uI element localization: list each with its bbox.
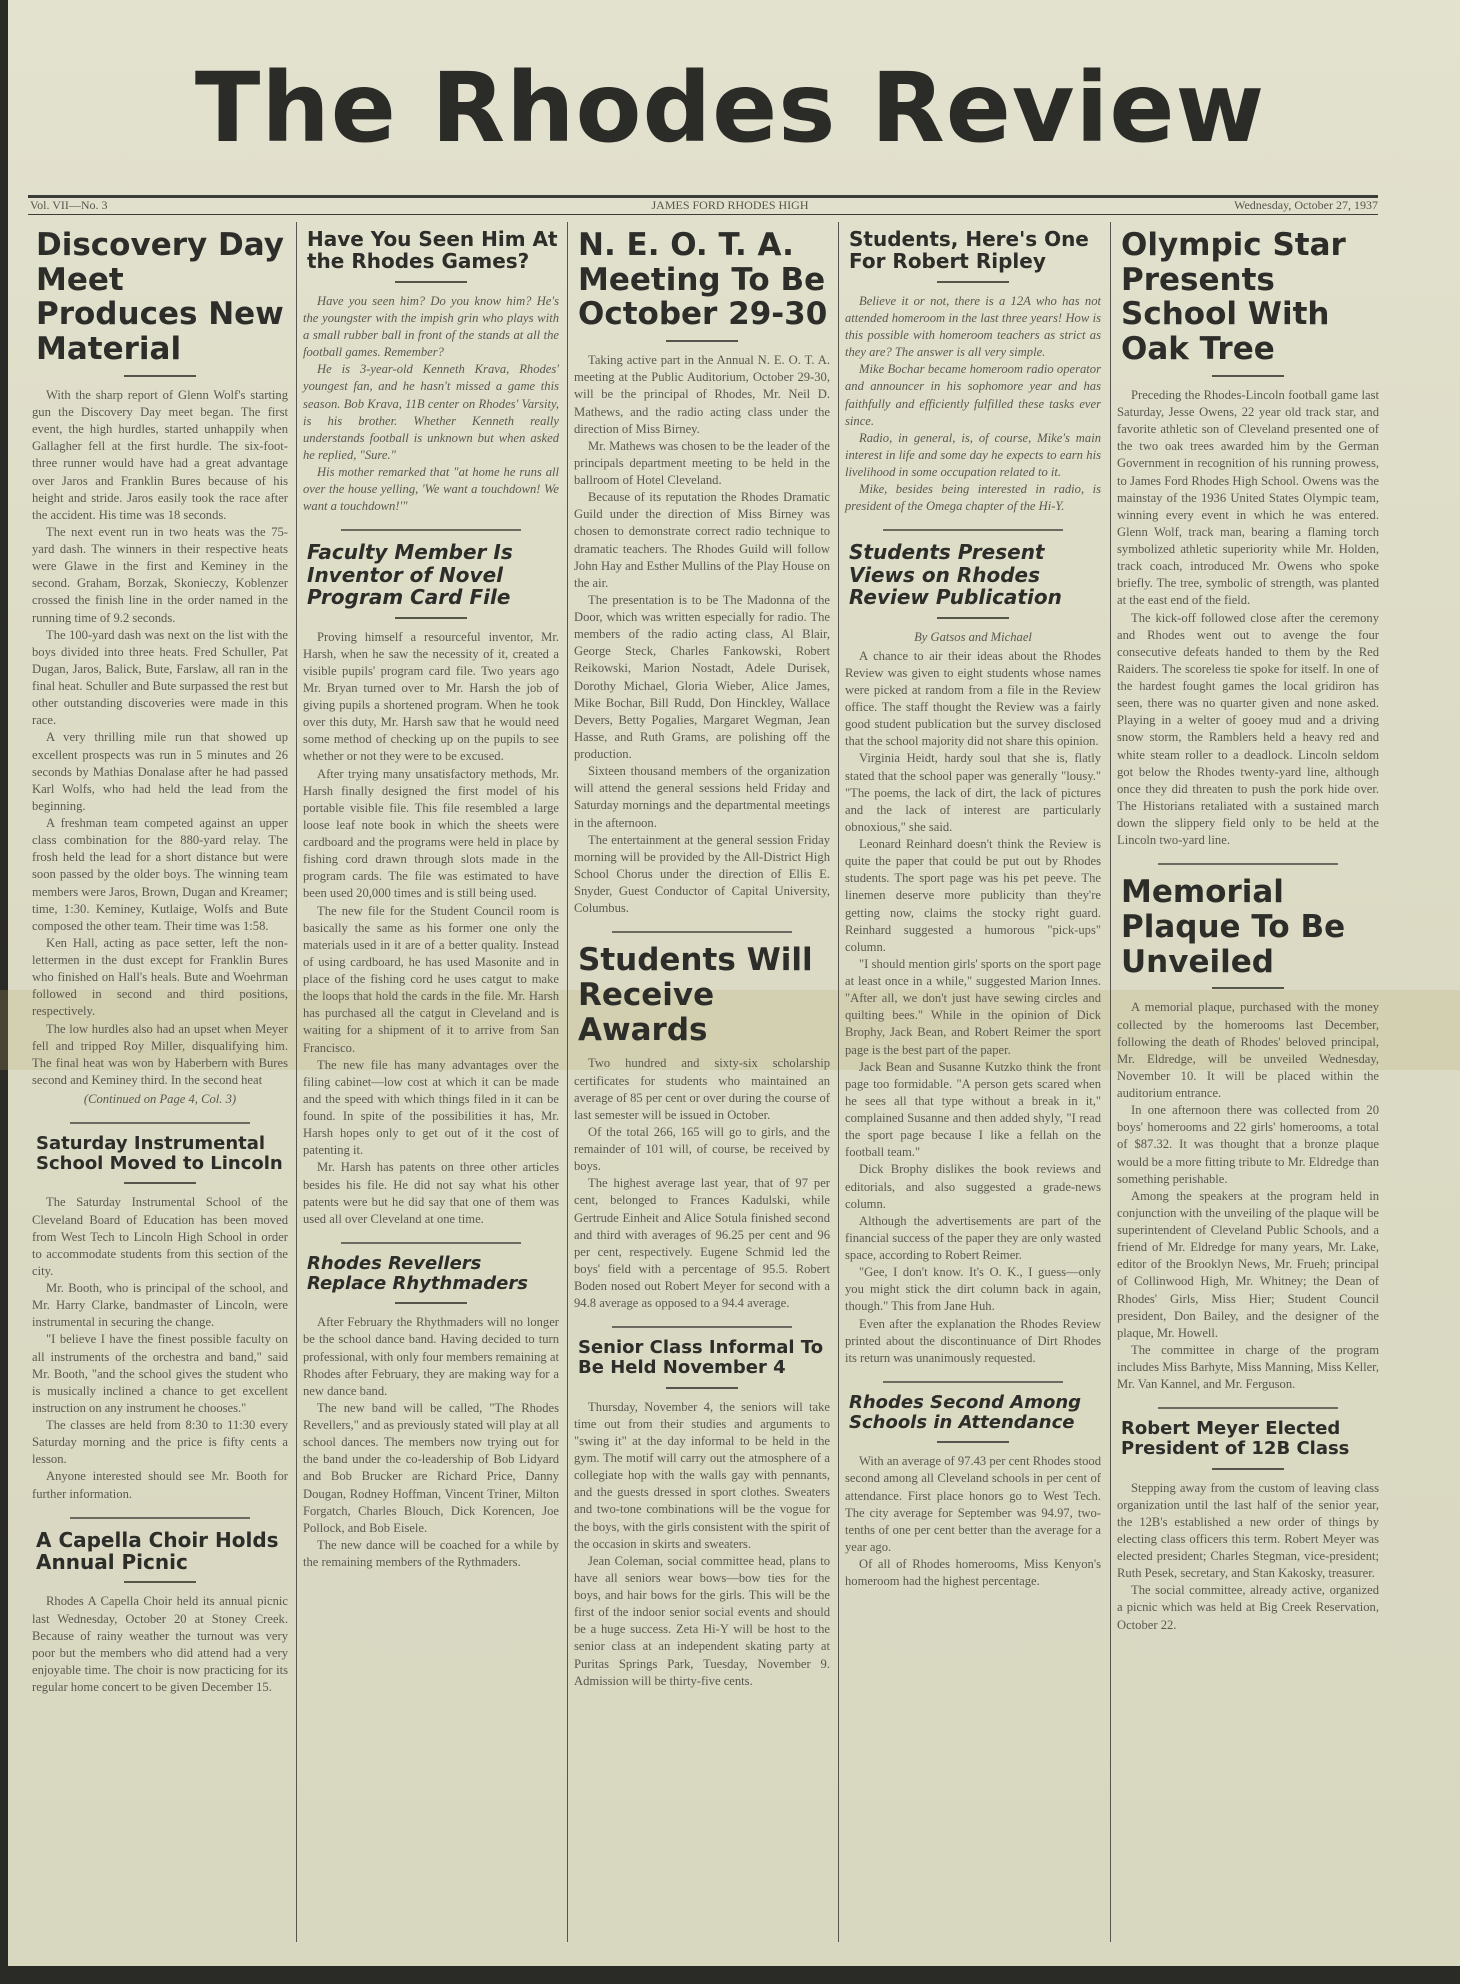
headline: Students, Here's One For Robert Ripley — [849, 228, 1101, 273]
continued-note: (Continued on Page 4, Col. 3) — [32, 1091, 288, 1108]
paragraph: Two hundred and sixty-six scholarship ce… — [574, 1055, 830, 1124]
paragraph: The Saturday Instrumental School of the … — [32, 1194, 288, 1280]
headline: Senior Class Informal To Be Held Novembe… — [578, 1338, 830, 1378]
paragraph: The social committee, already active, or… — [1117, 1582, 1379, 1633]
divider — [1212, 1468, 1284, 1470]
article-choir-picnic: A Capella Choir Holds Annual Picnic Rhod… — [32, 1529, 288, 1697]
article-olympic-star: Olympic Star Presents School With Oak Tr… — [1117, 228, 1379, 849]
column-2: Have You Seen Him At the Rhodes Games? H… — [303, 222, 559, 1571]
paragraph: A chance to air their ideas about the Rh… — [845, 648, 1101, 751]
paragraph: Proving himself a resourceful inventor, … — [303, 629, 559, 766]
column-5: Olympic Star Presents School With Oak Tr… — [1117, 222, 1379, 1634]
article-separator — [70, 1122, 250, 1124]
paragraph: Jack Bean and Susanne Kutzko think the f… — [845, 1059, 1101, 1162]
paragraph: The next event run in two heats was the … — [32, 524, 288, 627]
divider — [395, 1302, 467, 1304]
paragraph: "I believe I have the finest possible fa… — [32, 1331, 288, 1417]
article-review-views: Students Present Views on Rhodes Review … — [845, 541, 1101, 1367]
article-senior-informal: Senior Class Informal To Be Held Novembe… — [574, 1338, 830, 1689]
article-discovery-day: Discovery Day Meet Produces New Material… — [32, 228, 288, 1108]
article-separator — [612, 1326, 792, 1328]
headline: Rhodes Second Among Schools in Attendanc… — [849, 1393, 1101, 1433]
divider — [666, 340, 738, 342]
paragraph: The 100-yard dash was next on the list w… — [32, 627, 288, 730]
paragraph: Rhodes A Capella Choir held its annual p… — [32, 1593, 288, 1696]
paragraph: A memorial plaque, purchased with the mo… — [1117, 999, 1379, 1102]
paragraph: Sixteen thousand members of the organiza… — [574, 763, 830, 832]
paragraph: A freshman team competed against an uppe… — [32, 815, 288, 935]
scan-border-bottom — [0, 1966, 1460, 1984]
headline: A Capella Choir Holds Annual Picnic — [36, 1529, 288, 1574]
divider — [666, 1387, 738, 1389]
column-1: Discovery Day Meet Produces New Material… — [32, 222, 288, 1696]
paragraph: In one afternoon there was collected fro… — [1117, 1102, 1379, 1188]
paragraph: The classes are held from 8:30 to 11:30 … — [32, 1417, 288, 1468]
headline: Discovery Day Meet Produces New Material — [36, 228, 288, 367]
headline: Students Present Views on Rhodes Review … — [849, 541, 1101, 608]
paragraph: Ken Hall, acting as pace setter, left th… — [32, 935, 288, 1021]
paragraph: He is 3-year-old Kenneth Krava, Rhodes' … — [303, 361, 559, 464]
paragraph: Stepping away from the custom of leaving… — [1117, 1480, 1379, 1583]
paragraph: The new band will be called, "The Rhodes… — [303, 1400, 559, 1537]
paragraph: Among the speakers at the program held i… — [1117, 1188, 1379, 1342]
divider — [1212, 375, 1284, 377]
paragraph: Have you seen him? Do you know him? He's… — [303, 293, 559, 362]
headline: Memorial Plaque To Be Unveiled — [1121, 875, 1379, 979]
paragraph: The committee in charge of the program i… — [1117, 1342, 1379, 1393]
column-4: Students, Here's One For Robert Ripley B… — [845, 222, 1101, 1590]
paragraph: Mike, besides being interested in radio,… — [845, 481, 1101, 515]
byline: By Gatsos and Michael — [845, 629, 1101, 646]
paragraph: Taking active part in the Annual N. E. O… — [574, 352, 830, 438]
paragraph: Virginia Heidt, hardy soul that she is, … — [845, 750, 1101, 836]
article-separator — [341, 1242, 521, 1244]
paragraph: Jean Coleman, social committee head, pla… — [574, 1553, 830, 1690]
headline: Faculty Member Is Inventor of Novel Prog… — [307, 541, 559, 608]
headline: Robert Meyer Elected President of 12B Cl… — [1121, 1419, 1379, 1459]
article-separator — [70, 1517, 250, 1519]
article-neota: N. E. O. T. A. Meeting To Be October 29-… — [574, 228, 830, 917]
paragraph: With an average of 97.43 per cent Rhodes… — [845, 1453, 1101, 1556]
paragraph: The presentation is to be The Madonna of… — [574, 592, 830, 763]
divider — [124, 1182, 196, 1184]
article-separator — [883, 1381, 1063, 1383]
divider — [124, 375, 196, 377]
article-memorial-plaque: Memorial Plaque To Be Unveiled A memoria… — [1117, 875, 1379, 1393]
paragraph: Of all of Rhodes homerooms, Miss Kenyon'… — [845, 1556, 1101, 1590]
headline: Students Will Receive Awards — [578, 943, 830, 1047]
column-3: N. E. O. T. A. Meeting To Be October 29-… — [574, 222, 830, 1690]
headline: Olympic Star Presents School With Oak Tr… — [1121, 228, 1379, 367]
paragraph: With the sharp report of Glenn Wolf's st… — [32, 387, 288, 524]
paragraph: The low hurdles also had an upset when M… — [32, 1021, 288, 1090]
article-instrumental-school: Saturday Instrumental School Moved to Li… — [32, 1134, 288, 1503]
article-ripley: Students, Here's One For Robert Ripley B… — [845, 228, 1101, 515]
folio-rule — [28, 214, 1378, 215]
article-seen-him: Have You Seen Him At the Rhodes Games? H… — [303, 228, 559, 515]
paragraph: Anyone interested should see Mr. Booth f… — [32, 1468, 288, 1502]
paragraph: Of the total 266, 165 will go to girls, … — [574, 1124, 830, 1175]
divider — [937, 1441, 1009, 1443]
paragraph: Mike Bochar became homeroom radio operat… — [845, 361, 1101, 430]
newspaper-page: The Rhodes Review Vol. VII—No. 3 JAMES F… — [0, 0, 1460, 1984]
divider — [1212, 987, 1284, 989]
paragraph: After trying many unsatisfactory methods… — [303, 766, 559, 903]
paragraph: Although the advertisements are part of … — [845, 1213, 1101, 1264]
paragraph: The new dance will be coached for a whil… — [303, 1537, 559, 1571]
divider — [937, 281, 1009, 283]
paragraph: Believe it or not, there is a 12A who ha… — [845, 293, 1101, 362]
paragraph: The new file has many advantages over th… — [303, 1057, 559, 1160]
paragraph: The highest average last year, that of 9… — [574, 1175, 830, 1312]
paragraph: After February the Rhythmaders will no l… — [303, 1314, 559, 1400]
article-attendance: Rhodes Second Among Schools in Attendanc… — [845, 1393, 1101, 1590]
paragraph: "I should mention girls' sports on the s… — [845, 956, 1101, 1059]
paragraph: Even after the explanation the Rhodes Re… — [845, 1316, 1101, 1367]
divider — [124, 1581, 196, 1583]
divider — [937, 617, 1009, 619]
column-rule — [567, 222, 568, 1942]
column-rule — [1110, 222, 1111, 1942]
article-separator — [1158, 1407, 1338, 1409]
article-separator — [883, 529, 1063, 531]
article-revellers: Rhodes Revellers Replace Rhythmaders Aft… — [303, 1254, 559, 1571]
headline: Saturday Instrumental School Moved to Li… — [36, 1134, 288, 1174]
paragraph: Mr. Harsh has patents on three other art… — [303, 1159, 559, 1228]
paragraph: A very thrilling mile run that showed up… — [32, 729, 288, 815]
paragraph: "Gee, I don't know. It's O. K., I guess—… — [845, 1264, 1101, 1315]
article-awards: Students Will Receive Awards Two hundred… — [574, 943, 830, 1312]
column-rule — [296, 222, 297, 1942]
article-faculty-inventor: Faculty Member Is Inventor of Novel Prog… — [303, 541, 559, 1228]
paragraph: Mr. Booth, who is principal of the schoo… — [32, 1280, 288, 1331]
divider — [395, 281, 467, 283]
article-meyer-elected: Robert Meyer Elected President of 12B Cl… — [1117, 1419, 1379, 1633]
column-rule — [838, 222, 839, 1942]
issue-date: Wednesday, October 27, 1937 — [1234, 198, 1378, 213]
paragraph: The entertainment at the general session… — [574, 832, 830, 918]
paragraph: The kick-off followed close after the ce… — [1117, 610, 1379, 850]
headline: Have You Seen Him At the Rhodes Games? — [307, 228, 559, 273]
paragraph: Because of its reputation the Rhodes Dra… — [574, 489, 830, 592]
paragraph: Thursday, November 4, the seniors will t… — [574, 1399, 830, 1553]
headline: Rhodes Revellers Replace Rhythmaders — [307, 1254, 559, 1294]
paragraph: Dick Brophy dislikes the book reviews an… — [845, 1161, 1101, 1212]
paragraph: His mother remarked that "at home he run… — [303, 464, 559, 515]
article-separator — [612, 931, 792, 933]
paragraph: Mr. Mathews was chosen to be the leader … — [574, 438, 830, 489]
paragraph: Radio, in general, is, of course, Mike's… — [845, 430, 1101, 481]
divider — [395, 617, 467, 619]
masthead-title: The Rhodes Review — [0, 52, 1460, 164]
article-separator — [341, 529, 521, 531]
paragraph: Preceding the Rhodes-Lincoln football ga… — [1117, 387, 1379, 610]
paragraph: Leonard Reinhard doesn't think the Revie… — [845, 836, 1101, 956]
headline: N. E. O. T. A. Meeting To Be October 29-… — [578, 228, 830, 332]
paragraph: The new file for the Student Council roo… — [303, 903, 559, 1057]
article-separator — [1158, 863, 1338, 865]
